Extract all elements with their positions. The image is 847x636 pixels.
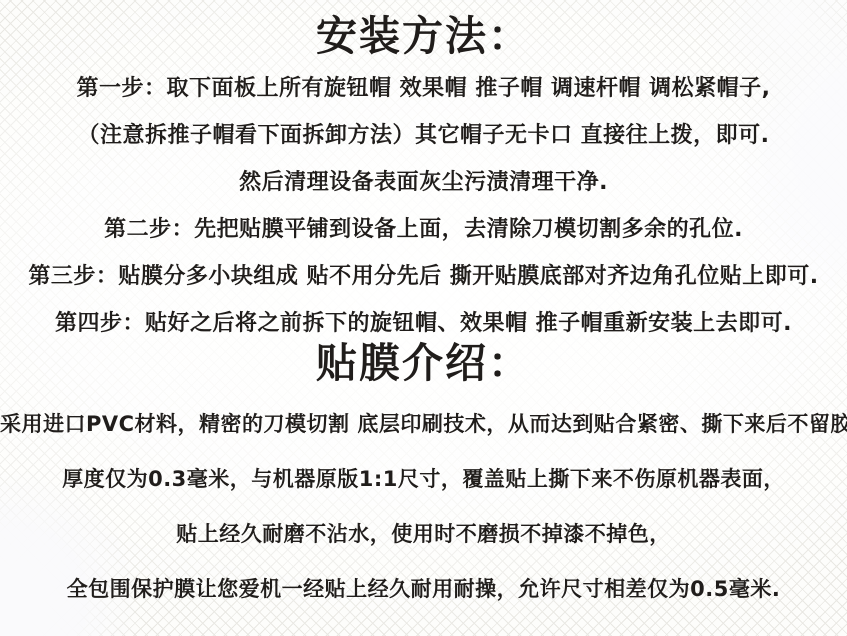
install-steps-list: 第一步：取下面板上所有旋钮帽 效果帽 推子帽 调速杆帽 调松紧帽子, （注意拆推…	[0, 76, 847, 337]
film-intro-material: 采用进口PVC材料，精密的刀模切割 底层印刷技术，从而达到贴合紧密、撕下来后不留…	[0, 411, 847, 437]
install-step-2: 第二步：先把贴膜平铺到设备上面，去清除刀模切割多余的孔位.	[0, 217, 847, 243]
film-intro-tolerance: 全包围保护膜让您爱机一经贴上经久耐用耐操，允许尺寸相差仅为0.5毫米.	[0, 576, 847, 602]
install-step-4: 第四步：贴好之后将之前拆下的旋钮帽、效果帽 推子帽重新安装上去即可.	[0, 311, 847, 337]
install-section-title: 安装方法：	[0, 12, 847, 60]
install-step-1: 第一步：取下面板上所有旋钮帽 效果帽 推子帽 调速杆帽 调松紧帽子,	[0, 76, 847, 102]
film-intro-durability: 贴上经久耐磨不沾水，使用时不磨损不掉漆不掉色，	[0, 521, 847, 547]
poster-content: 安装方法： 第一步：取下面板上所有旋钮帽 效果帽 推子帽 调速杆帽 调松紧帽子,…	[0, 0, 847, 636]
film-intro-title: 贴膜介绍：	[0, 339, 847, 387]
film-intro-list: 采用进口PVC材料，精密的刀模切割 底层印刷技术，从而达到贴合紧密、撕下来后不留…	[0, 411, 847, 602]
install-step-3: 第三步：贴膜分多小块组成 贴不用分先后 撕开贴膜底部对齐边角孔位贴上即可.	[0, 264, 847, 290]
install-step-1-note: （注意拆推子帽看下面拆卸方法）其它帽子无卡口 直接往上拨，即可.	[0, 123, 847, 149]
film-intro-thickness: 厚度仅为0.3毫米，与机器原版1:1尺寸，覆盖贴上撕下来不伤原机器表面，	[0, 466, 847, 492]
install-step-1-cleanup: 然后清理设备表面灰尘污渍清理干净.	[0, 170, 847, 196]
